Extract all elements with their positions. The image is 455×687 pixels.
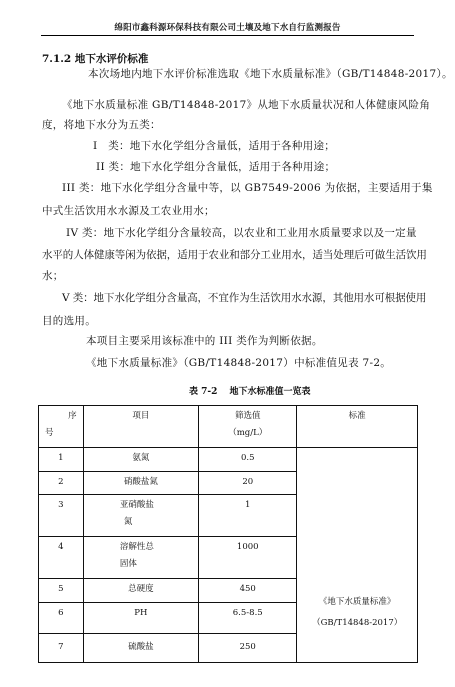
standard-code: （GB/T14848-2017） <box>299 615 415 632</box>
cell-item: 硝酸盐氮 <box>83 472 199 495</box>
paragraph-classification-line1: 《地下水质量标准 GB/T14848-2017》从地下水质量状况和人体健康风险角 <box>62 97 430 112</box>
assessment-basis-text: 本项目主要采用该标准中的 III 类作为判断依据。 <box>86 333 323 348</box>
class-iv-line3: 水； <box>42 268 64 283</box>
cell-item-line2: 固体 <box>120 556 162 573</box>
cell-item: PH <box>83 603 199 634</box>
cell-value: 6.5-8.5 <box>199 603 297 634</box>
cell-item: 亚硝酸盐氮 <box>83 495 199 537</box>
cell-no: 7 <box>39 634 84 663</box>
section-title: 7.1.2 地下水评价标准 <box>42 51 148 66</box>
header-standard-label: 标准 <box>349 411 366 421</box>
header-item-label: 项目 <box>132 411 149 421</box>
cell-value: 450 <box>199 579 297 603</box>
table-caption: 表 7-2 地下水标准值一览表 <box>189 384 311 397</box>
cell-value: 1 <box>199 495 297 537</box>
cell-item-line2: 氮 <box>120 514 162 531</box>
cell-no: 1 <box>39 448 84 472</box>
report-header-title: 绵阳市鑫科源环保科技有限公司土壤及地下水自行监测报告 <box>0 21 455 33</box>
cell-item: 硫酸盐 <box>83 634 199 663</box>
header-item: 项目 <box>83 406 199 448</box>
cell-item-line1: 亚硝酸盐 <box>120 497 162 514</box>
class-i-text: I 类：地下水化学组分含量低，适用于各种用途； <box>93 138 335 153</box>
class-iv-line1: IV 类：地下水化学组分含量较高，以农业和工业用水质量要求以及一定量 <box>66 225 417 240</box>
cell-no: 3 <box>39 495 84 537</box>
cell-value: 20 <box>199 472 297 495</box>
class-iii-line1: III 类：地下水化学组分含量中等，以 GB7549-2006 为依据，主要适用… <box>62 180 433 195</box>
class-ii-text: II 类：地下水化学组分含量低，适用于各种用途； <box>96 159 335 174</box>
header-divider <box>41 35 414 36</box>
cell-value: 1000 <box>199 537 297 579</box>
cell-no: 5 <box>39 579 84 603</box>
header-no: 序 号 <box>39 406 84 448</box>
header-standard: 标准 <box>297 406 418 448</box>
header-value-line2: （mg/L） <box>201 425 294 442</box>
cell-value: 250 <box>199 634 297 663</box>
cell-value: 0.5 <box>199 448 297 472</box>
table-reference-text: 《地下水质量标准》（GB/T14848-2017）中标准值见表 7-2。 <box>86 355 391 370</box>
cell-no: 4 <box>39 537 84 579</box>
cell-no: 6 <box>39 603 84 634</box>
groundwater-standard-table: 序 号 项目 筛选值 （mg/L） 标准 1 氨氮 0.5 《地下水质量标准》 … <box>38 405 418 663</box>
paragraph-standard-selection: 本次场地内地下水评价标准选取《地下水质量标准》（GB/T14848-2017）。 <box>88 66 453 81</box>
header-no-line1: 序 <box>41 408 81 425</box>
header-value: 筛选值 （mg/L） <box>199 406 297 448</box>
cell-item: 总硬度 <box>83 579 199 603</box>
class-v-line2: 目的选用。 <box>42 313 96 328</box>
paragraph-classification-line2: 度，将地下水分为五类： <box>42 117 161 132</box>
cell-item: 氨氮 <box>83 448 199 472</box>
class-v-line1: V 类：地下水化学组分含量高，不宜作为生活饮用水水源，其他用水可根据使用 <box>62 290 426 305</box>
cell-standard: 《地下水质量标准》 （GB/T14848-2017） <box>297 448 418 663</box>
class-iii-line2: 中式生活饮用水水源及工农业用水； <box>42 203 215 218</box>
class-iv-line2: 水平的人体健康等闲为依据，适用于农业和部分工业用水，适当处理后可做生活饮用 <box>42 247 427 262</box>
header-value-line1: 筛选值 <box>201 408 294 425</box>
standard-name: 《地下水质量标准》 <box>299 594 415 611</box>
table-header-row: 序 号 项目 筛选值 （mg/L） 标准 <box>39 406 418 448</box>
cell-item: 溶解性总固体 <box>83 537 199 579</box>
table-row: 1 氨氮 0.5 《地下水质量标准》 （GB/T14848-2017） <box>39 448 418 472</box>
cell-no: 2 <box>39 472 84 495</box>
header-no-line2: 号 <box>41 425 81 442</box>
cell-item-line1: 溶解性总 <box>120 539 162 556</box>
